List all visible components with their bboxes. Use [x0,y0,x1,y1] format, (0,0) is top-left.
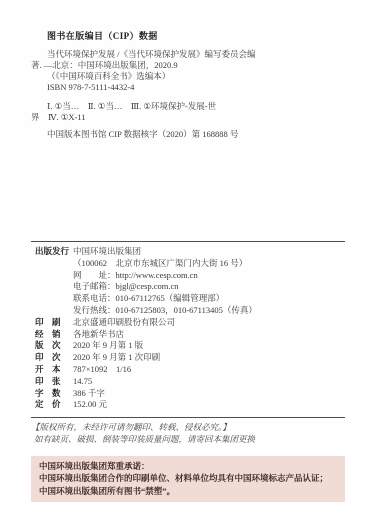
distributor-name: 各地新华书店 [73,329,345,341]
row-label: 定 价 [35,399,73,411]
publisher-row: 网 址：http://www.cesp.com.cn [31,270,345,282]
publisher-website: 网 址：http://www.cesp.com.cn [73,270,345,282]
row-label [35,305,73,317]
quality-return-line: 如有缺页、破损、倒装等印装质量问题，请寄回本集团更换 [31,434,345,446]
publisher-row: 发行热线：010-67125803，010-67113405（传真） [31,305,345,317]
sheets-info: 14.75 [73,376,345,388]
classification-line: Ⅰ. ①当… Ⅱ. ①当… Ⅲ. ①环境保护-发展-世 [31,101,345,112]
publisher-hotline: 发行热线：010-67125803，010-67113405（传真） [73,305,345,317]
row-label [35,293,73,305]
classification-line: 界 Ⅳ. ①X-11 [31,112,345,123]
cip-record-number: 中国版本图书馆 CIP 数据核字（2020）第 168888 号 [31,129,345,140]
cip-classification: Ⅰ. ①当… Ⅱ. ①当… Ⅲ. ①环境保护-发展-世 界 Ⅳ. ①X-11 [31,101,345,123]
cip-line: （《中国环境百科全书》选编本） [31,71,345,82]
row-label [35,258,73,270]
row-label: 字 数 [35,388,73,400]
cip-line: 当代环境保护发展 /《当代环境保护发展》编写委员会编 [31,49,345,60]
book-copyright-page: 图书在版编目（CIP）数据 当代环境保护发展 /《当代环境保护发展》编写委员会编… [0,0,375,530]
publisher-row: 印 次 2020 年 9 月第 1 次印刷 [31,352,345,364]
publisher-row: 电子邮箱：bjgl@cesp.com.cn [31,281,345,293]
printing-info: 2020 年 9 月第 1 次印刷 [73,352,345,364]
publisher-row: 印 张 14.75 [31,376,345,388]
row-label [35,281,73,293]
publisher-row: （100062 北京市东城区广渠门内大街 16 号） [31,258,345,270]
row-label: 开 本 [35,364,73,376]
format-info: 787×1092 1/16 [73,364,345,376]
publisher-row: 版 次 2020 年 9 月第 1 版 [31,340,345,352]
row-label: 印 刷 [35,317,73,329]
publisher-row: 开 本 787×1092 1/16 [31,364,345,376]
printer-name: 北京盛通印刷股份有限公司 [73,317,345,329]
copyright-line: 【版权所有，未经许可请勿翻印、转载、侵权必究。】 [31,422,345,434]
row-label [35,270,73,282]
promise-line: 中国环境出版集团合作的印刷单位、材料单位均具有中国环境标志产品认证； [39,472,337,484]
row-label: 出版发行 [35,246,73,258]
row-label: 印 张 [35,376,73,388]
publisher-address: （100062 北京市东城区广渠门内大街 16 号） [73,258,345,270]
publisher-row: 印 刷 北京盛通印刷股份有限公司 [31,317,345,329]
row-label: 印 次 [35,352,73,364]
word-count: 386 千字 [73,388,345,400]
publisher-email: 电子邮箱：bjgl@cesp.com.cn [73,281,345,293]
publisher-row: 定 价 152.00 元 [31,399,345,411]
isbn-line: ISBN 978-7-5111-4432-4 [31,82,345,93]
publisher-row: 出版发行 中国环境出版集团 [31,246,345,258]
publication-info: 出版发行 中国环境出版集团 （100062 北京市东城区广渠门内大街 16 号）… [31,242,345,411]
publisher-row: 联系电话：010-67112765（编辑管理部） [31,293,345,305]
copyright-notice: 【版权所有，未经许可请勿翻印、转载、侵权必究。】 如有缺页、破损、倒装等印装质量… [31,422,345,445]
cip-line: 著. —北京：中国环境出版集团，2020.9 [31,60,345,71]
row-value: 中国环境出版集团 [73,246,345,258]
promise-line: 中国环境出版集团所有图书“禁塑”。 [39,485,337,497]
publisher-phone: 联系电话：010-67112765（编辑管理部） [73,293,345,305]
promise-title: 中国环境出版集团郑重承诺： [39,460,337,472]
page-content: 图书在版编目（CIP）数据 当代环境保护发展 /《当代环境保护发展》编写委员会编… [31,0,345,502]
publisher-row: 经 销 各地新华书店 [31,329,345,341]
edition-info: 2020 年 9 月第 1 版 [73,340,345,352]
row-label: 经 销 [35,329,73,341]
divider-bottom [31,417,345,418]
publisher-row: 字 数 386 千字 [31,388,345,400]
price-info: 152.00 元 [73,399,345,411]
publisher-promise-box: 中国环境出版集团郑重承诺： 中国环境出版集团合作的印刷单位、材料单位均具有中国环… [31,456,345,502]
cip-header: 图书在版编目（CIP）数据 [31,0,345,42]
cip-description: 当代环境保护发展 /《当代环境保护发展》编写委员会编 著. —北京：中国环境出版… [31,49,345,93]
row-label: 版 次 [35,340,73,352]
